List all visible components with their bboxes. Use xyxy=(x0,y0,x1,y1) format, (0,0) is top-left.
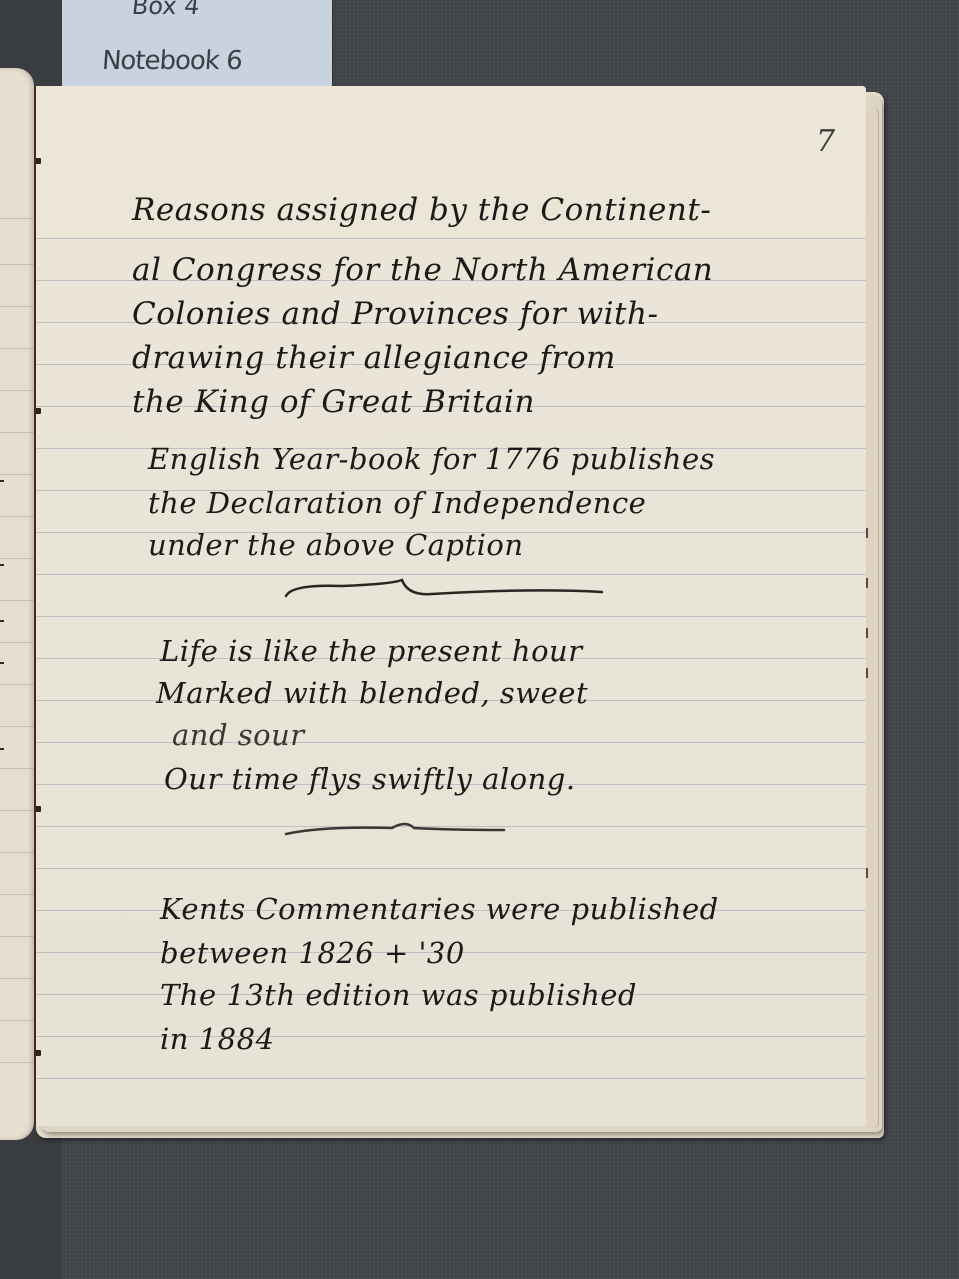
ruled-line xyxy=(36,616,866,617)
entry-line: Life is like the present hour xyxy=(160,634,583,668)
entry-line: in 1884 xyxy=(160,1022,274,1056)
binding-stitch xyxy=(34,408,41,414)
entry-line: under the above Caption xyxy=(148,528,524,562)
entry-line: drawing their allegiance from xyxy=(132,340,616,376)
archive-label-notebook: Notebook 6 xyxy=(101,46,243,76)
entry-line: English Year-book for 1776 publishes xyxy=(148,442,715,476)
archive-label-box: Box 4 xyxy=(131,0,201,20)
section-divider-flourish xyxy=(282,818,512,844)
notebook-page: 7 Reasons assigned by the Continent- al … xyxy=(34,86,866,1126)
ruled-line xyxy=(36,238,866,239)
archive-label-card: Box 4 Notebook 6 xyxy=(62,0,332,98)
ruled-line xyxy=(36,868,866,869)
entry-line: Our time flys swiftly along. xyxy=(164,762,576,796)
entry-line: Marked with blended, sweet xyxy=(156,676,588,710)
ruled-line xyxy=(36,1078,866,1079)
entry-line: Kents Commentaries were published xyxy=(160,892,719,926)
binding-stitch xyxy=(34,1050,41,1056)
entry-line: Colonies and Provinces for with- xyxy=(132,296,658,332)
entry-line: and sour xyxy=(172,718,305,752)
entry-line: the Declaration of Independence xyxy=(148,486,646,520)
left-page-fragment xyxy=(0,68,34,1140)
entry-line: the King of Great Britain xyxy=(132,384,535,420)
ruled-line xyxy=(36,742,866,743)
entry-line: al Congress for the North American xyxy=(132,252,713,288)
page-number: 7 xyxy=(816,124,835,159)
entry-line: The 13th edition was published xyxy=(160,978,637,1012)
entry-line: Reasons assigned by the Continent- xyxy=(132,192,711,228)
binding-stitch xyxy=(34,806,41,812)
binding-stitch xyxy=(34,158,41,164)
section-divider-flourish xyxy=(282,576,612,606)
ruled-line xyxy=(36,574,866,575)
entry-line: between 1826 + '30 xyxy=(160,936,465,970)
